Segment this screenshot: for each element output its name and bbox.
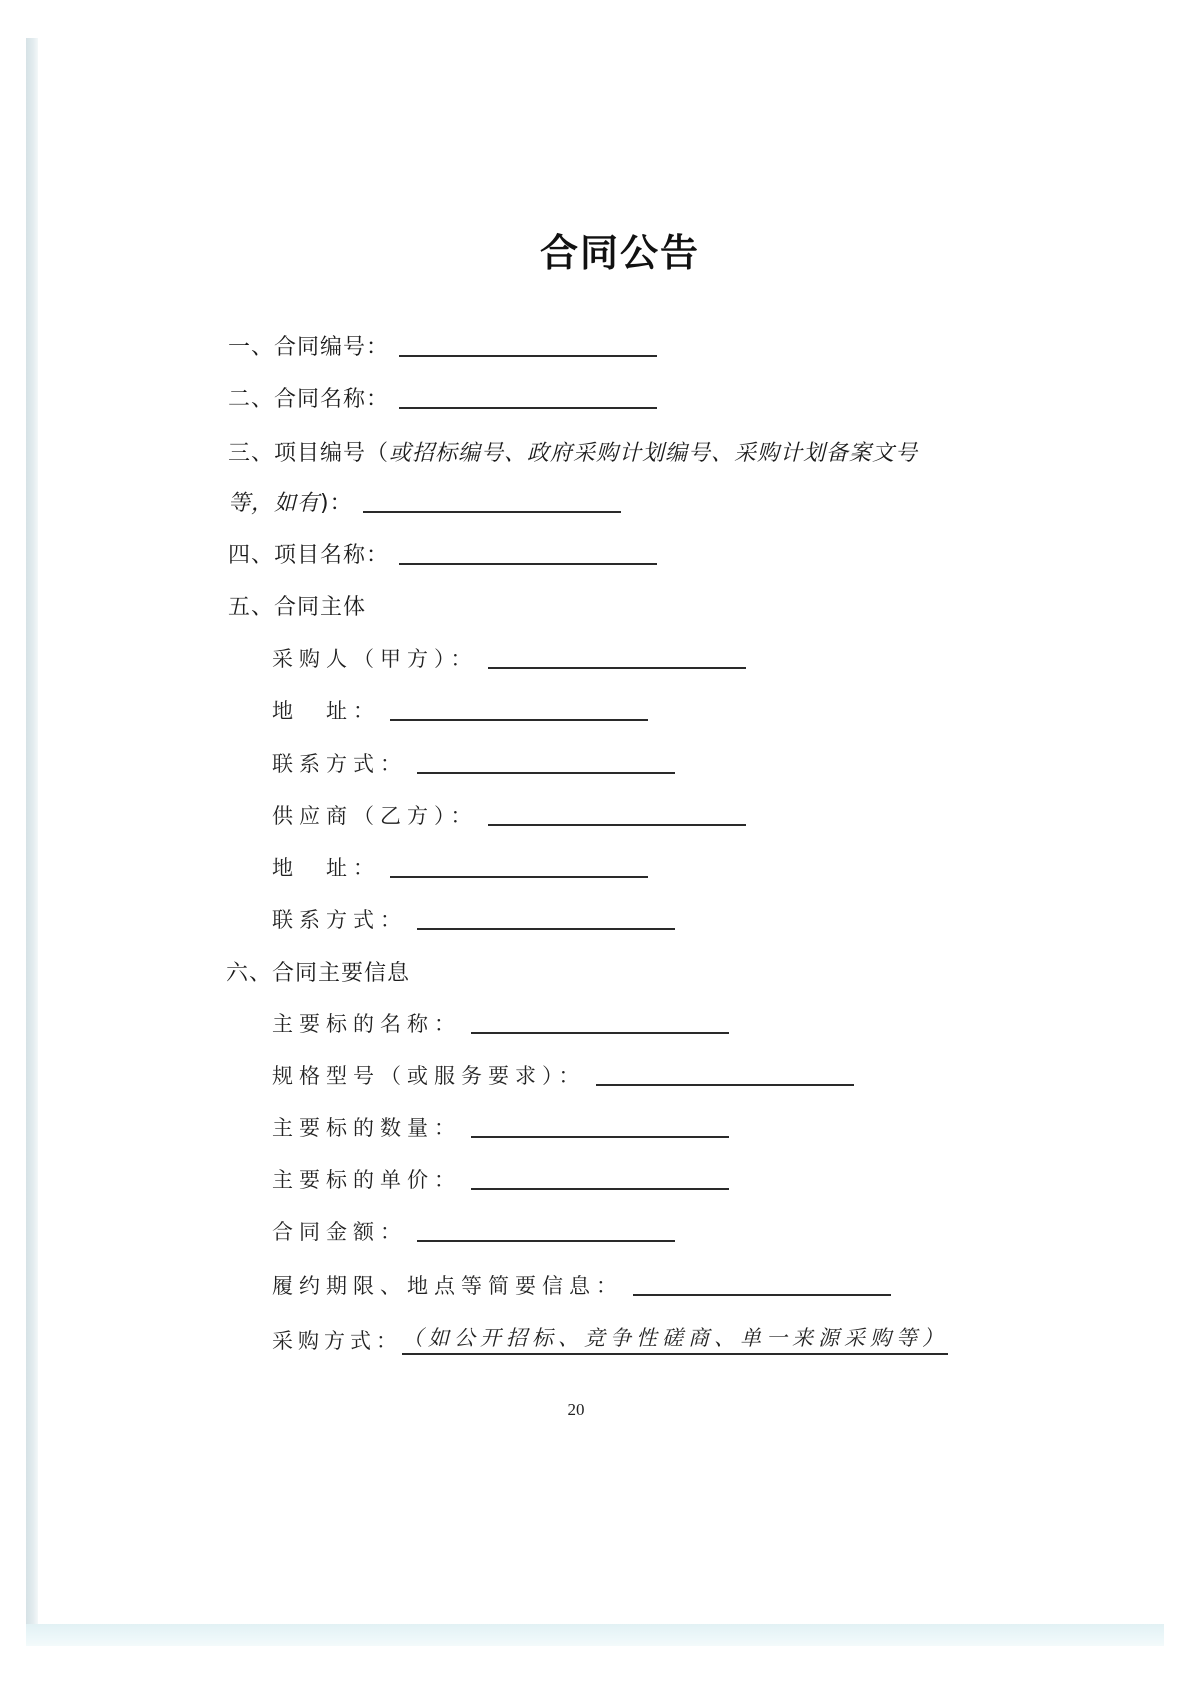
- field-subject-quantity: 主要标的数量：: [272, 1112, 729, 1142]
- field-label: 履约期限、地点等简要信息：: [272, 1270, 623, 1300]
- page-title: 合同公告: [0, 222, 1190, 277]
- field-procurement-method: 采购方式： （如公开招标、竞争性磋商、单一来源采购等）: [272, 1322, 948, 1355]
- field-label: 采购人（甲方）：: [272, 643, 478, 673]
- field-label: 联系方式：: [272, 748, 407, 778]
- purchaser-blank[interactable]: [488, 666, 746, 669]
- field-subject-name: 主要标的名称：: [272, 1008, 729, 1038]
- field-label: 地 址：: [272, 695, 380, 725]
- field-purchaser-address: 地 址：: [272, 695, 648, 725]
- section-heading-parties: 五、合同主体: [228, 590, 366, 621]
- field-spec-model: 规格型号（或服务要求）：: [272, 1060, 854, 1090]
- field-supplier: 供应商（乙方）：: [272, 800, 746, 830]
- field-contract-name: 二、合同名称：: [228, 382, 657, 413]
- field-label-note: 等，如有: [228, 486, 320, 517]
- section-heading: 六、合同主要信息: [226, 956, 410, 987]
- contract-amount-blank[interactable]: [417, 1239, 675, 1242]
- field-label-note: 或招标编号、政府采购计划编号、采购计划备案文号: [389, 436, 918, 467]
- field-label: 四、项目名称：: [228, 538, 389, 569]
- field-label: 三、项目编号（: [228, 436, 389, 467]
- supplier-address-blank[interactable]: [390, 875, 648, 878]
- field-label: 二、合同名称：: [228, 382, 389, 413]
- field-project-number-line1: 三、项目编号（ 或招标编号、政府采购计划编号、采购计划备案文号: [228, 436, 918, 467]
- supplier-contact-blank[interactable]: [417, 927, 675, 930]
- document-page: 合同公告 一、合同编号： 二、合同名称： 三、项目编号（ 或招标编号、政府采购计…: [0, 0, 1190, 1684]
- subject-quantity-blank[interactable]: [471, 1135, 729, 1138]
- section-heading-main-info: 六、合同主要信息: [226, 956, 410, 987]
- subject-name-blank[interactable]: [471, 1031, 729, 1034]
- field-label: 合同金额：: [272, 1216, 407, 1246]
- field-label: 采购方式：: [272, 1325, 402, 1355]
- field-label: 规格型号（或服务要求）：: [272, 1060, 586, 1090]
- field-label: 一、合同编号：: [228, 330, 389, 361]
- field-label: 联系方式：: [272, 904, 407, 934]
- field-performance-info: 履约期限、地点等简要信息：: [272, 1270, 891, 1300]
- field-purchaser: 采购人（甲方）：: [272, 643, 746, 673]
- field-supplier-address: 地 址：: [272, 852, 648, 882]
- field-subject-unit-price: 主要标的单价：: [272, 1164, 729, 1194]
- field-project-number-line2: 等，如有 )：: [228, 486, 621, 517]
- spec-model-blank[interactable]: [596, 1083, 854, 1086]
- field-label-suffix: )：: [320, 486, 353, 517]
- field-purchaser-contact: 联系方式：: [272, 748, 675, 778]
- procurement-method-value[interactable]: （如公开招标、竞争性磋商、单一来源采购等）: [402, 1322, 948, 1355]
- field-label: 地 址：: [272, 852, 380, 882]
- contract-name-blank[interactable]: [399, 406, 657, 409]
- field-project-name: 四、项目名称：: [228, 538, 657, 569]
- field-label: 主要标的名称：: [272, 1008, 461, 1038]
- field-contract-amount: 合同金额：: [272, 1216, 675, 1246]
- field-supplier-contact: 联系方式：: [272, 904, 675, 934]
- subject-unit-price-blank[interactable]: [471, 1187, 729, 1190]
- project-name-blank[interactable]: [399, 562, 657, 565]
- field-contract-number: 一、合同编号：: [228, 330, 657, 361]
- project-number-blank[interactable]: [363, 510, 621, 513]
- field-label: 主要标的单价：: [272, 1164, 461, 1194]
- section-heading: 五、合同主体: [228, 590, 366, 621]
- field-label: 主要标的数量：: [272, 1112, 461, 1142]
- purchaser-address-blank[interactable]: [390, 718, 648, 721]
- purchaser-contact-blank[interactable]: [417, 771, 675, 774]
- supplier-blank[interactable]: [488, 823, 746, 826]
- contract-number-blank[interactable]: [399, 354, 657, 357]
- page-number: 20: [0, 1400, 1152, 1420]
- performance-info-blank[interactable]: [633, 1293, 891, 1296]
- field-label: 供应商（乙方）：: [272, 800, 478, 830]
